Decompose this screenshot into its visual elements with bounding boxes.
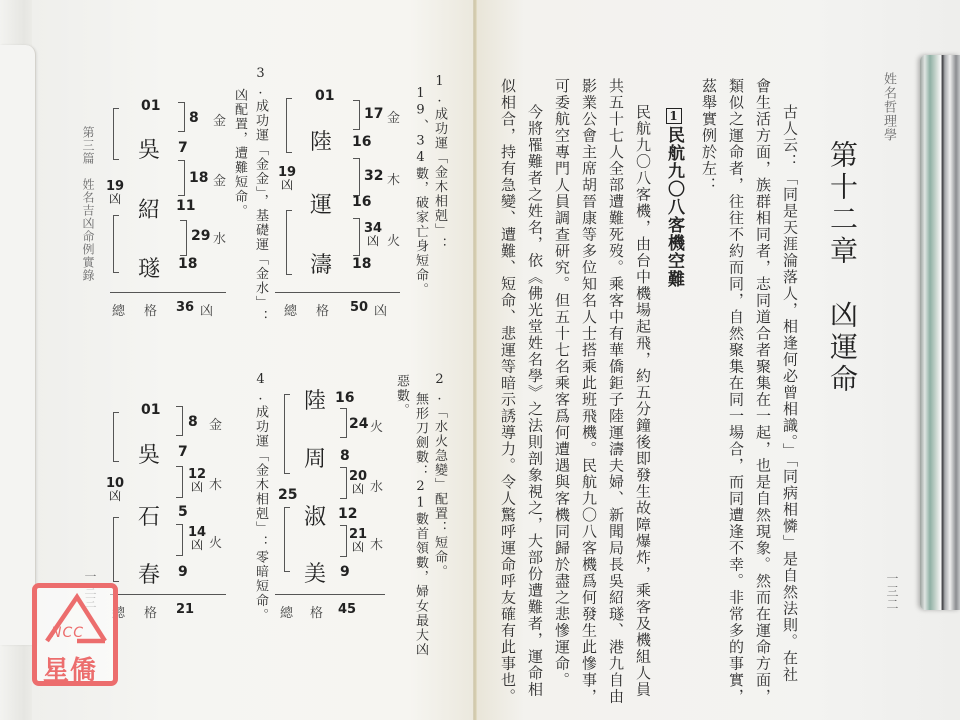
left-bracket [113,517,119,582]
paragraph-line: 古人云：「同是天涯淪落人，相逢何必曾相識。」「同病相憐」是自然法則。在社 [776,104,803,683]
body-line: 可委航空專門人員調查研究。但五十七名乘客爲何遭遇與客機同歸於盡之悲慘運命。 [548,78,575,689]
left-bracket [284,394,290,474]
total-grid-number: 45 [338,602,356,617]
name-diagram-wu-shaosui: 01 19凶 8 金 吳 7 18 金 紹 11 29 水 璲 18 總 格 3… [96,80,226,325]
right-bracket [340,408,347,438]
body-line: 共五十七人全部遭難死歿。乘客中有華僑鉅子陸運濤夫婦、新聞局長吳紹璲、港九自由 [602,78,629,705]
note-3-line-1: 3.成功運「金金」，基礎運「金水」： [249,66,271,325]
section-heading: 1民航九〇八客機空難 [662,108,687,288]
note-2-line-2: 無形刀劍數：21數首領數，婦女最大凶 [409,392,431,657]
body-line: 似相合，持有急變、遭難、短命、悲運等暗示誘導力。令人驚呼運命呼友確有此事也。 [494,78,521,705]
total-grid-number: 36 [176,300,194,315]
metal-binder-clip [920,55,960,610]
name-diagram-lu-yuntao: 01 19凶 17 金 陸 16 32 木 運 16 34凶 火 濤 18 總 … [270,80,400,325]
left-bracket [286,210,292,275]
outer-grid: 19凶 [106,180,124,206]
heaven-number: 01 [315,88,334,104]
body-line: 民航九〇八客機，由台中機場起飛，約五分鐘後即發生故障爆炸，乘客及機組人員 [629,104,656,698]
note-3-line-2: 凶配置，遭難短命。 [228,88,250,219]
right-bracket [176,524,183,556]
total-rule [275,594,385,595]
note-4-line-1: 4.成功運「金木相剋」：零暗短命。 [249,372,271,623]
left-cover-flap [0,45,36,645]
chapter-title: 第十二章 凶運命 [822,140,862,396]
total-rule [110,292,226,293]
outer-grid: 25 [278,487,297,503]
left-bracket [113,108,119,160]
left-bracket [284,507,290,572]
running-header-left: 第三篇 姓名吉凶命例實錄 [80,126,97,282]
left-bracket [286,98,292,153]
right-bracket [176,466,183,498]
right-bracket [178,102,185,132]
section-title: 民航九〇八客機空難 [664,126,684,288]
page-number-right: 一三二 [884,572,901,611]
total-grid-number: 50 [350,300,368,315]
outer-grid: 19凶 [278,166,296,192]
right-bracket [353,158,360,196]
note-1-line-2: 19、34數，破家亡身短命。 [409,86,431,297]
running-header-right: 姓名哲理學 [879,72,898,142]
right-bracket [353,218,360,256]
total-rule [110,594,226,595]
left-bracket [113,215,119,273]
paragraph-line: 會生活方面，族群相同者，志同道合者聚集在一起，也是自然現象。然而在運命方面， [749,78,776,705]
right-bracket [180,220,187,256]
total-grid-number: 21 [176,602,194,617]
outer-grid: 10凶 [106,477,124,503]
right-bracket [353,100,360,130]
watermark-name: 星僑 [43,650,97,687]
name-diagram-lu-zhou-shumei: 25 陸 16 24 火 周 8 20凶 水 淑 12 21凶 木 美 9 總 … [270,372,400,622]
triangle-icon [41,591,111,651]
right-bracket [340,467,347,499]
note-2-line-1: 2.「水火急變」配置：短命。 [428,372,450,579]
watermark-stamp: NCC 星僑 [32,583,118,686]
body-line: 今將罹難者之姓名，依《佛光堂姓名學》之法則剖象視之，大部份遭難者，運命相 [521,104,548,698]
paragraph-line: 類似之運命者，往往不約而同，自然聚集在同一場合，而同遭逢不幸。非常多的事實， [722,78,749,705]
watermark-latin: NCC [51,625,84,641]
book-spine [473,0,477,720]
right-bracket [340,525,347,557]
paragraph-line: 茲舉實例於左： [695,78,722,194]
left-bracket [113,412,119,462]
total-rule [275,292,400,293]
section-number-box: 1 [666,108,682,124]
note-1-line-1: 1.成功運「金木相剋」： [428,74,450,252]
body-line: 影業公會主席胡晉康等多位知名人士搭乘此班飛機。民航九〇八客機爲何發生此慘事， [575,78,602,705]
right-bracket [178,160,185,196]
right-bracket [176,406,183,436]
